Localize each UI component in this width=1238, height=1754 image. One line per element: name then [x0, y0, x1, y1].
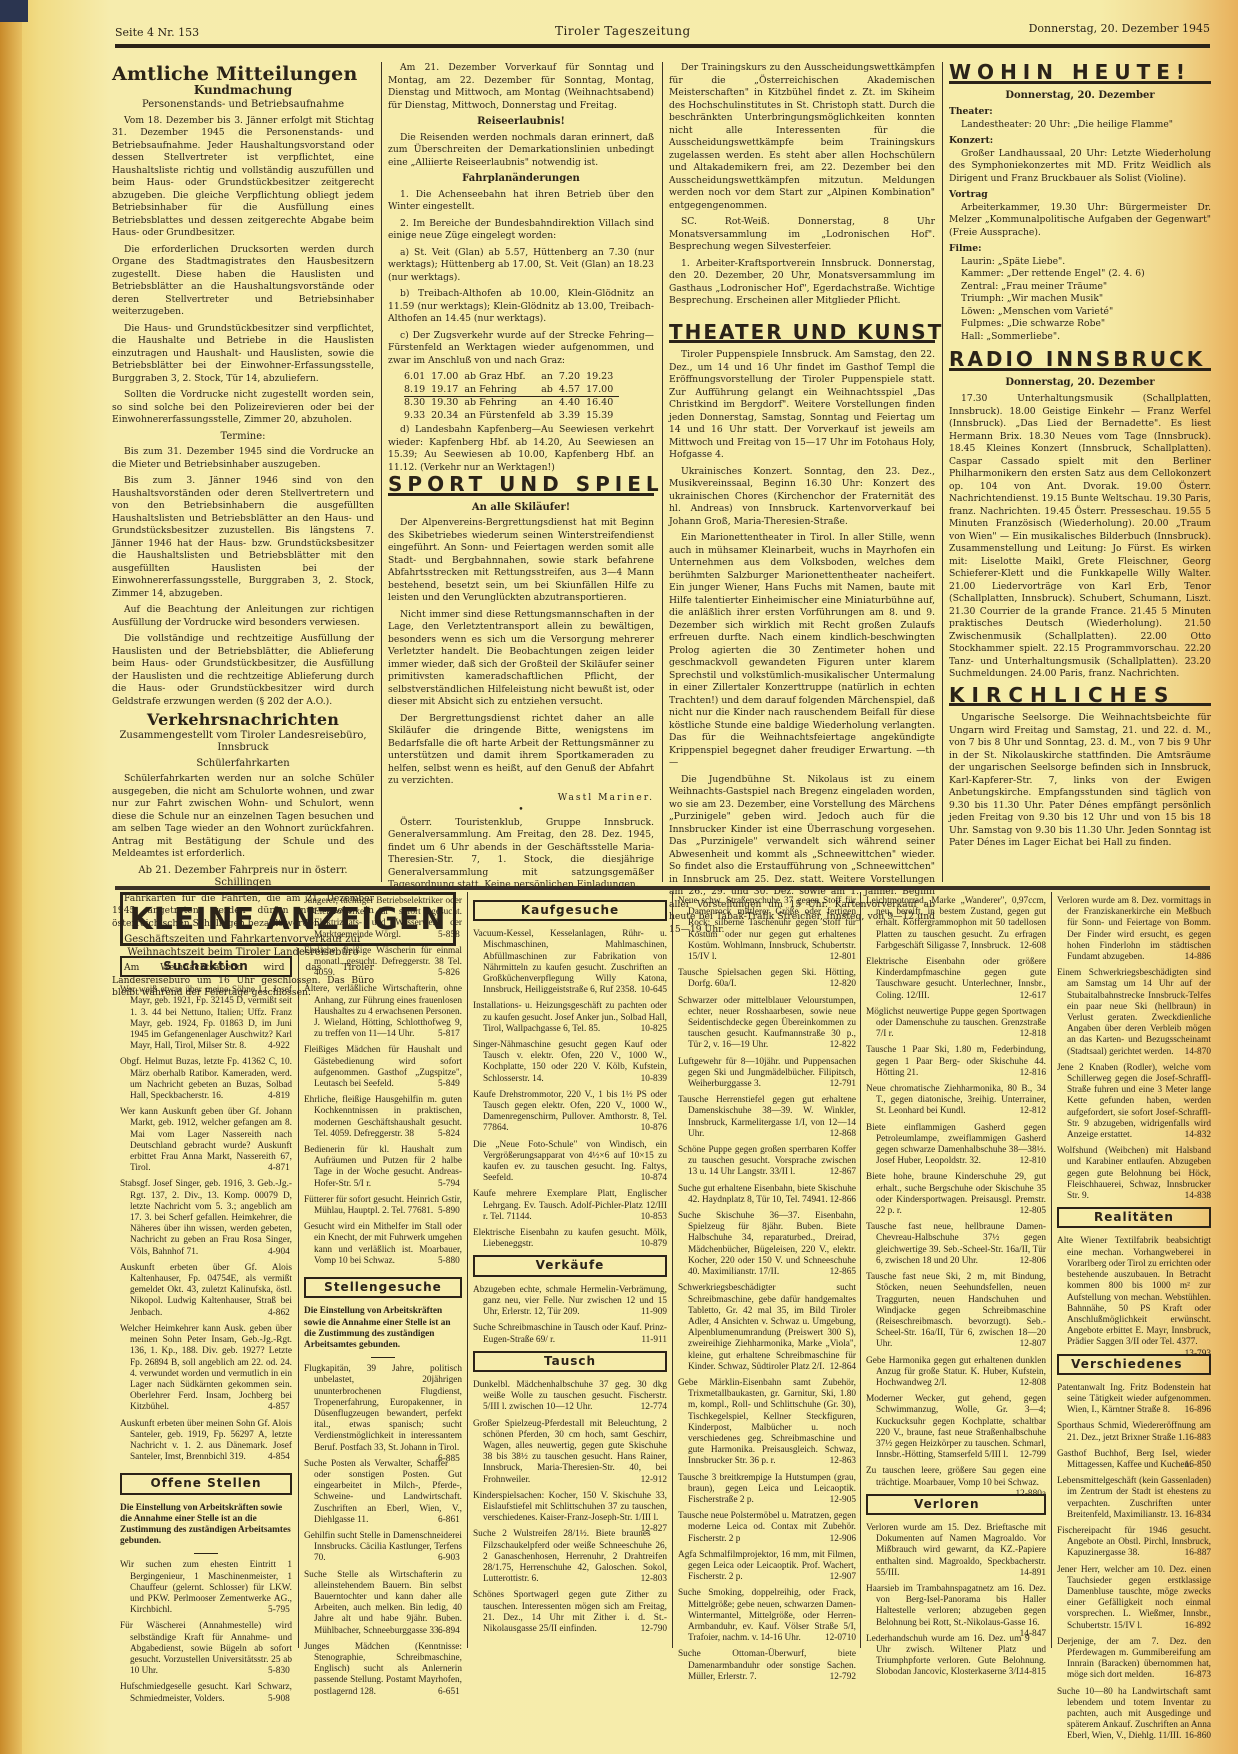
ads-column-kaufgesuche: Kaufgesuche Vacuum-Kessel, Kesselanlagen…: [473, 896, 667, 1640]
ad-code: 12-905: [840, 1495, 856, 1506]
kundmachung-heading: Kundmachung: [112, 84, 374, 97]
timetable-cell: 16.40: [586, 397, 619, 410]
ad-code: 6-885: [448, 1454, 462, 1465]
ad-code: 10-879: [651, 1239, 667, 1250]
classified-ad: Suche gut erhaltene Eisenbahn, biete Ski…: [678, 1184, 856, 1206]
classified-ad: Biete einflammigen Gasherd gegen Petrole…: [866, 1123, 1046, 1168]
ad-code: 12-827: [651, 1524, 667, 1535]
ad-code: 10-839: [651, 1074, 667, 1085]
category-note: Die Einstellung von Arbeitskräften sowie…: [304, 1306, 462, 1351]
ad-text: Auskunft erbeten über Gf. Alois Kaltenha…: [120, 1263, 292, 1318]
classified-ad: Lederhandschuh wurde am 16. Dez. um 9 Uh…: [866, 1634, 1046, 1679]
classified-ad: Für Wäscherei (Annahmestelle) wird selbs…: [120, 1621, 292, 1677]
paragraph: Schülerfahrkarten werden nur an solche S…: [112, 773, 374, 861]
classified-ad: Schwerkriegsbeschädigter sucht Schreibma…: [678, 1283, 856, 1373]
ad-text: Singer-Nähmaschine gesucht gegen Kauf od…: [473, 1040, 667, 1084]
ad-text: Elektrische Eisenbahn zu kaufen gesucht.…: [473, 1228, 667, 1249]
classified-ad: Neue schw. Straßenschuhe 37 gegen Stoff …: [678, 896, 856, 963]
ad-code: 12-865: [840, 1267, 856, 1278]
classified-ad: Kaufe mehrere Exemplare Platt, Englische…: [473, 1189, 667, 1223]
paragraph: 2. Im Bereiche der Bundesbahndirektion V…: [388, 218, 654, 243]
ad-code: 12-820: [840, 979, 856, 990]
paragraph: Der Alpenvereins-Bergrettungsdienst hat …: [388, 517, 654, 605]
paragraph: b) Treibach-Althofen ab 10.00, Klein-Glö…: [388, 288, 654, 326]
classified-ad: Tausche fast neue Ski, 2 m, mit Bindung,…: [866, 1272, 1046, 1350]
ad-text: Obgf. Helmut Buzas, letzte Fp. 41362 C, …: [120, 1057, 292, 1101]
film-item: Kammer: „Der rettende Engel" (2. 4. 6): [949, 268, 1211, 281]
column-divider: [381, 62, 382, 882]
classified-ad: Agfa Schmalfilmprojektor, 16 mm, mit Fil…: [678, 1550, 856, 1584]
timetable-cell: ab: [541, 410, 559, 423]
timetable-cell: an Fürstenfeld: [464, 410, 541, 423]
timetable-cell: ab: [541, 384, 559, 397]
ads-column-suchaktion: Suchaktion Wer weiß etwas über meine Söh…: [120, 952, 292, 1710]
konzert-label: Konzert:: [949, 135, 1211, 148]
ad-code: 14-815: [1030, 1667, 1046, 1678]
ad-text: Suche Schreibmaschine in Tausch oder Kau…: [473, 1323, 667, 1344]
paragraph: Der Trainingskurs zu den Ausscheidungswe…: [669, 62, 935, 212]
column-official-notices: Amtliche Mitteilungen Kundmachung Person…: [112, 62, 374, 1004]
ad-code: 16-896: [1195, 1405, 1211, 1416]
classified-ad: Kinderspielsachen: Kocher, 150 V. Skisch…: [473, 1491, 667, 1525]
classified-ad: Elektrische Eisenbahn oder größere Kinde…: [866, 957, 1046, 1002]
termine-heading: Termine:: [112, 431, 374, 444]
classified-ad: Zu tauschen leere, größere Sau gegen ein…: [866, 1466, 1046, 1488]
ad-text: Abzugeben echte, schmale Hermelin-Verbrä…: [473, 1285, 667, 1317]
theater-text: Landestheater: 20 Uhr: „Die heilige Flam…: [949, 119, 1211, 132]
section-title-verkehr: Verkehrsnachrichten: [112, 714, 374, 727]
classified-ad: Tausche Spielsachen gegen Ski. Hötting, …: [678, 968, 856, 990]
ad-code: 10-645: [651, 985, 667, 996]
timetable-cell: 15.39: [586, 410, 619, 423]
ad-code: 4-862: [278, 1308, 292, 1319]
classified-ad: Neue chromatische Ziehharmonika, 80 B., …: [866, 1084, 1046, 1118]
konzert-text: Großer Landhaussaal, 20 Uhr: Letzte Wied…: [949, 148, 1211, 186]
ad-code: 12-812: [1030, 1106, 1046, 1117]
ad-text: Stabsgf. Josef Singer, geb. 1916, 3. Geb…: [120, 1179, 292, 1256]
paragraph: 1. Arbeiter-Kraftsportverein Innsbruck. …: [669, 258, 935, 308]
classified-ad: Suche Stelle als Wirtschafterin zu allei…: [304, 1570, 462, 1637]
ad-code: 5-830: [278, 1666, 292, 1677]
ad-code: 5-858: [448, 930, 462, 941]
classified-ad: Ehrliche, fleißige Wäscherin für einmal …: [304, 946, 462, 980]
timetable-cell: ab Graz Hbf.: [464, 371, 541, 384]
ad-text: Die „Neue Foto-Schule" von Windisch, ein…: [473, 1140, 667, 1184]
ad-code: 4-854: [278, 1452, 292, 1463]
timetable-cell: 7.20: [559, 371, 586, 384]
ad-text: Schönes Sportwagerl gegen gute Zither zu…: [473, 1590, 667, 1634]
classified-ad: Jener Herr, welcher am 10. Dez. einen Ta…: [1057, 1565, 1211, 1632]
timetable-cell: 17.00: [586, 384, 619, 397]
ad-code: 12-866: [840, 1195, 856, 1206]
ad-code: 12-791: [840, 1079, 856, 1090]
ad-text: Lederhandschuh wurde am 16. Dez. um 9 Uh…: [866, 1634, 1046, 1678]
page-edge: [0, 0, 22, 1754]
ad-code: 12-792: [840, 1672, 856, 1683]
classified-ad: Verloren wurde am 8. Dez. vormittags in …: [1057, 896, 1211, 963]
ad-code: 12-806: [1030, 1256, 1046, 1267]
timetable-row: 8.3019.30ab Fehringan4.4016.40: [404, 397, 619, 410]
ad-text: Tausche fast neue Ski, 2 m, mit Bindung,…: [866, 1272, 1046, 1349]
classified-ad: Derjenige, der am 7. Dez. den Pferdewage…: [1057, 1637, 1211, 1682]
classified-ad: Suche Ottoman-Überwurf, biete Damenarmba…: [678, 1649, 856, 1683]
category-note: Die Einstellung von Arbeitskräften sowie…: [120, 1503, 292, 1548]
classified-ad: Ältere, verläßliche Wirtschafterin, ohne…: [304, 984, 462, 1040]
theater-label: Theater:: [949, 106, 1211, 119]
classified-ad: Tausche neue Polstermöbel u. Matratzen, …: [678, 1511, 856, 1545]
ad-code: 12-912: [651, 1475, 667, 1486]
classified-ad: Singer-Nähmaschine gesucht gegen Kauf od…: [473, 1040, 667, 1085]
classified-ad: Suche Posten als Verwalter, Schaffer ode…: [304, 1459, 462, 1526]
ad-text: Schwerkriegsbeschädigter sucht Schreibma…: [678, 1283, 856, 1371]
paragraph: Am 21. Dezember Vorverkauf für Sonntag u…: [388, 62, 654, 112]
classified-ad: Fischereipacht für 1946 gesucht. Angebot…: [1057, 1526, 1211, 1560]
issue-date: Donnerstag, 20. Dezember 1945: [1029, 22, 1210, 35]
ad-code: 12-907: [840, 1572, 856, 1583]
classified-ad: Tausche 1 Paar Ski, 1.80 m, Federbindung…: [866, 1045, 1046, 1079]
ad-text: Gebe Märklin-Eisenbahn samt Zubehör, Tri…: [678, 1378, 856, 1466]
classified-ad: Elektrische Eisenbahn zu kaufen gesucht.…: [473, 1228, 667, 1250]
ad-code: 16-873: [1195, 1670, 1211, 1681]
column-divider: [672, 892, 673, 1648]
classified-ad: Fütterer für sofort gesucht. Heinrich Gs…: [304, 1195, 462, 1217]
classified-ad: Vacuum-Kessel, Kesselanlagen, Rühr- u. M…: [473, 929, 667, 996]
banner-theater-und-kunst: THEATER UND KUNST: [669, 326, 935, 344]
classified-ad: Auskunft erbeten über Gf. Alois Kaltenha…: [120, 1263, 292, 1319]
classified-ad: Schwarzer oder mittelblauer Velourstumpe…: [678, 996, 856, 1052]
column-events-radio: WOHIN HEUTE! Donnerstag, 20. Dezember Th…: [949, 62, 1211, 854]
ad-code: 12-617: [1030, 991, 1046, 1002]
timetable-cell: 17.00: [431, 371, 464, 384]
radio-program: 17.30 Unterhaltungsmusik (Schallplatten,…: [949, 393, 1211, 681]
classified-ad: Suche Skischuhe 36—37. Eisenbahn, Spielz…: [678, 1211, 856, 1278]
timetable-cell: 3.39: [559, 410, 586, 423]
ad-code: 12-608: [1030, 941, 1046, 952]
ad-code: 5-817: [448, 1029, 462, 1040]
paragraph: Die Reisenden werden nochmals daran erin…: [388, 132, 654, 170]
category-realitaeten: Realitäten: [1057, 1207, 1211, 1228]
classified-ad: Schönes Sportwagerl gegen gute Zither zu…: [473, 1590, 667, 1635]
timetable-cell: 19.30: [431, 397, 464, 410]
classified-ad: Tausche 3 breitkrempige Ia Hutstumpen (g…: [678, 1473, 856, 1507]
divider-dash: [371, 1357, 395, 1358]
classified-ad: Suche Schreibmaschine in Tausch oder Kau…: [473, 1323, 667, 1345]
ad-code: 11-909: [651, 1307, 667, 1318]
film-item: Löwen: „Menschen vom Varieté": [949, 306, 1211, 319]
category-kaufgesuche: Kaufgesuche: [473, 900, 667, 921]
ad-code: 4-904: [278, 1247, 292, 1258]
paragraph: Ein Marionettentheater in Tirol. In alle…: [669, 532, 935, 770]
ad-code: 6-903: [448, 1553, 462, 1564]
ad-code: 5-824: [448, 1129, 462, 1140]
classified-ad: Gesucht wird ein Mithelfer im Stall oder…: [304, 1222, 462, 1267]
ad-code: 14-891: [1030, 1568, 1046, 1579]
paragraph: Nicht immer sind diese Rettungsmannschaf…: [388, 609, 654, 709]
filme-label: Filme:: [949, 243, 1211, 256]
reise-heading: Reiseerlaubnis!: [388, 116, 654, 129]
category-stellengesuche: Stellengesuche: [304, 1277, 462, 1298]
ad-code: 5-908: [278, 1694, 292, 1705]
ad-code: 14-870: [1195, 1047, 1211, 1058]
ad-code: 16-850: [1195, 1460, 1211, 1471]
classified-ad: Wer weiß etwas über meine Söhne Lt. Jose…: [120, 985, 292, 1052]
wohin-date: Donnerstag, 20. Dezember: [949, 90, 1211, 103]
timetable-cell: 4.40: [559, 397, 586, 410]
timetable-cell: 20.34: [431, 410, 464, 423]
ad-code: 4-819: [278, 1091, 292, 1102]
paragraph: SC. Rot-Weiß. Donnerstag, 8 Uhr Monatsve…: [669, 216, 935, 254]
ad-code: 4-922: [278, 1041, 292, 1052]
classified-ad: Stabsgf. Josef Singer, geb. 1916, 3. Geb…: [120, 1179, 292, 1257]
binding-corner: [0, 0, 28, 22]
paragraph: Sollten die Vordrucke nicht zugestellt w…: [112, 389, 374, 427]
paragraph: Tiroler Puppenspiele Innsbruck. Am Samst…: [669, 349, 935, 462]
ad-code: 4-871: [278, 1163, 292, 1174]
paragraph: Die erforderlichen Drucksorten werden du…: [112, 244, 374, 319]
timetable-cell: 6.01: [404, 371, 431, 384]
classified-ad: Fleißiges Mädchen für Haushalt und Gäste…: [304, 1045, 462, 1090]
ad-code: 5-890: [448, 1206, 462, 1217]
paragraph: Ukrainisches Konzert. Sonntag, den 23. D…: [669, 466, 935, 529]
timetable-cell: an: [541, 397, 559, 410]
ads-column-tausch: Neue schw. Straßenschuhe 37 gegen Stoff …: [678, 896, 856, 1688]
film-item: Zentral: „Frau meiner Träume": [949, 281, 1211, 294]
timetable-cell: ab Fehring: [464, 397, 541, 410]
ad-code: 12-790: [651, 1624, 667, 1635]
ad-code: 12-867: [840, 1167, 856, 1178]
column-divider: [467, 892, 468, 1648]
film-item: Hall: „Sommerliebe".: [949, 331, 1211, 344]
timetable: 6.0117.00ab Graz Hbf.an7.2019.238.1919.1…: [404, 371, 619, 422]
ad-text: Einem Schwerkriegsbeschädigten sind am S…: [1057, 968, 1211, 1056]
ad-code: 6-651: [448, 1687, 462, 1698]
ad-code: 16-883: [1195, 1433, 1211, 1444]
ad-text: Kinderspielsachen: Kocher, 150 V. Skisch…: [473, 1491, 667, 1523]
ad-code: 12-868: [840, 1129, 856, 1140]
ad-code: 5-794: [448, 1179, 462, 1190]
classified-ad: Dunkelbl. Mädchenhalbschuhe 37 geg. 30 d…: [473, 1380, 667, 1414]
film-item: Fulpmes: „Die schwarze Robe": [949, 318, 1211, 331]
ad-code: 5-826: [448, 968, 462, 979]
classified-ad: Verloren wurde am 15. Dez. Brieftasche m…: [866, 1523, 1046, 1579]
ad-text: Hufschmiedgeselle gesucht. Karl Schwarz,…: [120, 1682, 292, 1703]
ad-code: 12-818: [1030, 1029, 1046, 1040]
column-sport-theater: Der Trainingskurs zu den Ausscheidungswe…: [669, 62, 935, 940]
banner-wohin-heute: WOHIN HEUTE!: [949, 66, 1211, 84]
ad-code: 13-793: [1195, 1349, 1211, 1360]
ad-code: 12-808: [1030, 1378, 1046, 1389]
ad-text: Großer Spielzeug-Pferdestall mit Beleuch…: [473, 1419, 667, 1485]
ads-top-rule: [115, 886, 1210, 890]
timetable-cell: 19.17: [431, 384, 464, 397]
ad-text: Suche Stelle als Wirtschafterin zu allei…: [304, 1570, 462, 1636]
classified-ad: Ehrliche, fleißige Hausgehilfin m. guten…: [304, 1095, 462, 1140]
timetable-row: 8.1919.17an Fehringab4.5717.00: [404, 384, 619, 397]
paragraph: Die Haus- und Grundstückbesitzer sind ve…: [112, 323, 374, 386]
page-number: Seite 4 Nr. 153: [115, 26, 199, 39]
classified-ad: Kaufe Drehstrommotor, 220 V., 1 bis 1½ P…: [473, 1090, 667, 1135]
schueler-heading: Schülerfahrkarten: [112, 758, 374, 771]
ad-code: 12-0710: [835, 1633, 856, 1644]
ad-code: 10-825: [651, 1024, 667, 1035]
column-divider: [298, 948, 299, 1648]
ad-code: 10-853: [651, 1212, 667, 1223]
ad-code: 12-880a: [1026, 1489, 1046, 1500]
classified-ad: Auskunft erbeten über meinen Sohn Gf. Al…: [120, 1419, 292, 1464]
ad-text: Welcher Heimkehrer kann Ausk. geben über…: [120, 1324, 292, 1412]
ad-text: Suche 2 Wulstreifen 28/1½. Biete braunes…: [473, 1529, 667, 1584]
classified-ad: Gasthof Buchhof, Berg Isel, wieder Mitta…: [1057, 1449, 1211, 1471]
ad-text: Jene 2 Knaben (Rodler), welche vom Schil…: [1057, 1063, 1211, 1140]
ads-column-tausch-verloren: Leichtmotorrad, Marke „Wanderer", 0,97cc…: [866, 896, 1046, 1684]
ad-code: 6-861: [448, 1515, 462, 1526]
ad-text: Auskunft erbeten über meinen Sohn Gf. Al…: [120, 1419, 292, 1463]
paragraph: Österr. Touristenklub, Gruppe Innsbruck.…: [388, 817, 654, 892]
classified-ad: Suche 2 Wulstreifen 28/1½. Biete braunes…: [473, 1529, 667, 1585]
classified-ad: Tausche Herrenstiefel gegen gut erhalten…: [678, 1095, 856, 1140]
ads-column-jobs: Jüngerer, tüchtiger Betriebselektriker o…: [304, 896, 462, 1703]
timetable-cell: 8.30: [404, 397, 431, 410]
category-verkaeufe: Verkäufe: [473, 1255, 667, 1276]
ad-code: 12-810: [1030, 1156, 1046, 1167]
ad-text: Zu tauschen leere, größere Sau gegen ein…: [866, 1466, 1046, 1487]
classified-ad: Luftgewehr für 8—10jähr. und Puppensache…: [678, 1057, 856, 1091]
ad-code: 10-876: [651, 1123, 667, 1134]
classified-ad: Großer Spielzeug-Pferdestall mit Beleuch…: [473, 1419, 667, 1486]
radio-date: Donnerstag, 20. Dezember: [949, 377, 1211, 390]
ad-code: 12-774: [651, 1402, 667, 1413]
ad-text: Wir suchen zum ehesten Eintritt 1 Bergin…: [120, 1560, 292, 1615]
paragraph: Die vollständige und rechtzeitige Ausfül…: [112, 633, 374, 708]
banner-radio-innsbruck: RADIO INNSBRUCK: [949, 353, 1211, 371]
ad-code: 16-887: [1195, 1548, 1211, 1559]
timetable-cell: 4.57: [559, 384, 586, 397]
classified-ad: Lebensmittelgeschäft (kein Gassenladen) …: [1057, 1476, 1211, 1521]
column-travel-sport: Am 21. Dezember Vorverkauf für Sonntag u…: [388, 62, 654, 896]
classified-ad: Flugkapitän, 39 Jahre, politisch unbelas…: [304, 1364, 462, 1454]
paragraph: d) Landesbahn Kapfenberg—Au Seewiesen ve…: [388, 424, 654, 474]
ad-code: 16-860: [1195, 1731, 1211, 1742]
paragraph: Bis zum 31. Dezember 1945 sind die Vordr…: [112, 446, 374, 471]
vortrag-label: Vortrag: [949, 189, 1211, 202]
ad-text: Haarsieb im Trambahnspagatnetz am 16. De…: [866, 1584, 1046, 1628]
classified-ad: Einem Schwerkriegsbeschädigten sind am S…: [1057, 968, 1211, 1058]
signature: Wastl Mariner.: [388, 792, 654, 805]
ad-code: 12-803: [651, 1574, 667, 1585]
ad-text: Dunkelbl. Mädchenhalbschuhe 37 geg. 30 d…: [473, 1380, 667, 1412]
banner-kirchliches: KIRCHLICHES: [949, 689, 1211, 707]
fahrplan-heading: Fahrplanänderungen: [388, 173, 654, 186]
ad-code: 5-849: [448, 1079, 462, 1090]
paragraph: c) Der Zugsverkehr wurde auf der Strecke…: [388, 330, 654, 368]
newspaper-title: Tiroler Tageszeitung: [555, 24, 691, 38]
column-divider: [1051, 892, 1052, 1648]
ad-code: 11-911: [651, 1335, 667, 1346]
classified-ad: Leichtmotorrad, Marke „Wanderer", 0,97cc…: [866, 896, 1046, 952]
category-offene-stellen: Offene Stellen: [120, 1473, 292, 1494]
classified-ad: Wir suchen zum ehesten Eintritt 1 Bergin…: [120, 1560, 292, 1616]
kirchliches-text: Ungarische Seelsorge. Die Weihnachtsbeic…: [949, 712, 1211, 850]
verkehr-subtitle: Zusammengestellt vom Tiroler Landesreise…: [112, 730, 374, 755]
ad-code: 5-880: [448, 1256, 462, 1267]
ad-code: 6-894: [448, 1626, 462, 1637]
ad-text: Kaufe Drehstrommotor, 220 V., 1 bis 1½ P…: [473, 1090, 667, 1134]
classified-ad: Die „Neue Foto-Schule" von Windisch, ein…: [473, 1140, 667, 1185]
ad-text: Vacuum-Kessel, Kesselanlagen, Rühr- u. M…: [473, 929, 667, 995]
paragraph: Der Bergrettungsdienst richtet daher an …: [388, 713, 654, 788]
paragraph: Vom 18. Dezember bis 3. Jänner erfolgt m…: [112, 115, 374, 240]
classified-ad: Gebe Märklin-Eisenbahn samt Zubehör, Tri…: [678, 1378, 856, 1468]
paragraph: 1. Die Achenseebahn hat ihren Betrieb üb…: [388, 189, 654, 214]
classified-ad: Gehilfin sucht Stelle in Damenschneidere…: [304, 1531, 462, 1565]
ad-code: 5-795: [278, 1605, 292, 1616]
ad-code: 12-807: [1030, 1339, 1046, 1350]
ad-text: Kaufe mehrere Exemplare Platt, Englische…: [473, 1189, 667, 1221]
classified-ad: Moderner Wecker, gut gehend, gegen Schwi…: [866, 1394, 1046, 1461]
ad-code: 12-906: [840, 1534, 856, 1545]
classified-ad: Jene 2 Knaben (Rodler), welche vom Schil…: [1057, 1063, 1211, 1141]
classified-ad: Junges Mädchen (Kenntnisse: Stenographie…: [304, 1642, 462, 1698]
paragraph: Auf die Beachtung der Anleitungen zur ri…: [112, 604, 374, 629]
classified-ad: Wolfshund (Weibchen) mit Halsband und Ka…: [1057, 1146, 1211, 1202]
classified-ad: Installations- u. Heizungsgeschäft zu pa…: [473, 1001, 667, 1035]
classified-ad: Obgf. Helmut Buzas, letzte Fp. 41362 C, …: [120, 1057, 292, 1102]
timetable-row: 9.3320.34an Fürstenfeldab3.3915.39: [404, 410, 619, 423]
classified-ad: Möglichst neuwertige Puppe gegen Sportwa…: [866, 1007, 1046, 1041]
classified-ad: Suche 10—80 ha Landwirtschaft samt leben…: [1057, 1687, 1211, 1743]
category-suchaktion: Suchaktion: [120, 956, 292, 977]
ad-code: 14-832: [1195, 1130, 1211, 1141]
classified-ad: Tausche fast neue, hellbraune Damen-Chev…: [866, 1222, 1046, 1267]
ad-code: 12-864: [840, 1362, 856, 1373]
timetable-cell: 8.19: [404, 384, 431, 397]
ad-code: 12-816: [1030, 1068, 1046, 1079]
ad-code: 12-822: [840, 1040, 856, 1051]
classified-ad: Wer kann Auskunft geben über Gf. Johann …: [120, 1107, 292, 1174]
timetable-cell: 9.33: [404, 410, 431, 423]
timetable-row: 6.0117.00ab Graz Hbf.an7.2019.23: [404, 371, 619, 384]
classified-ad: Hufschmiedgeselle gesucht. Karl Schwarz,…: [120, 1682, 292, 1704]
film-item: Laurin: „Späte Liebe".: [949, 256, 1211, 269]
ad-code: 12-863: [840, 1456, 856, 1467]
timetable-cell: 19.23: [586, 371, 619, 384]
classified-ad: Sporthaus Schmid, Wiedereröffnung am 21.…: [1057, 1421, 1211, 1443]
ad-code: 16-892: [1195, 1621, 1211, 1632]
timetable-cell: an Fehring: [464, 384, 541, 397]
ad-text: Alte Wiener Textilfabrik beabsichtigt ei…: [1057, 1236, 1211, 1347]
timetable-cell: an: [541, 371, 559, 384]
ads-column-verschiedenes: Verloren wurde am 8. Dez. vormittags in …: [1057, 896, 1211, 1748]
section-title-amtliche: Amtliche Mitteilungen: [112, 68, 374, 81]
classified-ad: Biete hohe, braune Kinderschuhe 29, gut …: [866, 1172, 1046, 1217]
classified-ad: Bedienerin für kl. Haushalt zum Aufräume…: [304, 1145, 462, 1190]
ad-code: 14-838: [1195, 1191, 1211, 1202]
subtitle: Personenstands- und Betriebsaufnahme: [112, 99, 374, 112]
header-rule: [115, 44, 1210, 48]
classified-ad: Schöne Puppe gegen großen sperrbaren Kof…: [678, 1145, 856, 1179]
column-divider: [860, 892, 861, 1648]
film-item: Triumph: „Wir machen Musik": [949, 293, 1211, 306]
ad-code: 12-799: [1030, 1450, 1046, 1461]
column-divider: [942, 62, 943, 882]
paragraph: Bis zum 3. Jänner 1946 sind von den Haus…: [112, 475, 374, 600]
banner-sport-und-spiel: SPORT UND SPIEL: [388, 478, 654, 496]
ad-code: 10-874: [651, 1173, 667, 1184]
ad-code: 16-834: [1195, 1510, 1211, 1521]
category-tausch: Tausch: [473, 1351, 667, 1372]
ad-text: Installations- u. Heizungsgeschäft zu pa…: [473, 1001, 667, 1033]
classified-ad: Abzugeben echte, schmale Hermelin-Verbrä…: [473, 1285, 667, 1319]
